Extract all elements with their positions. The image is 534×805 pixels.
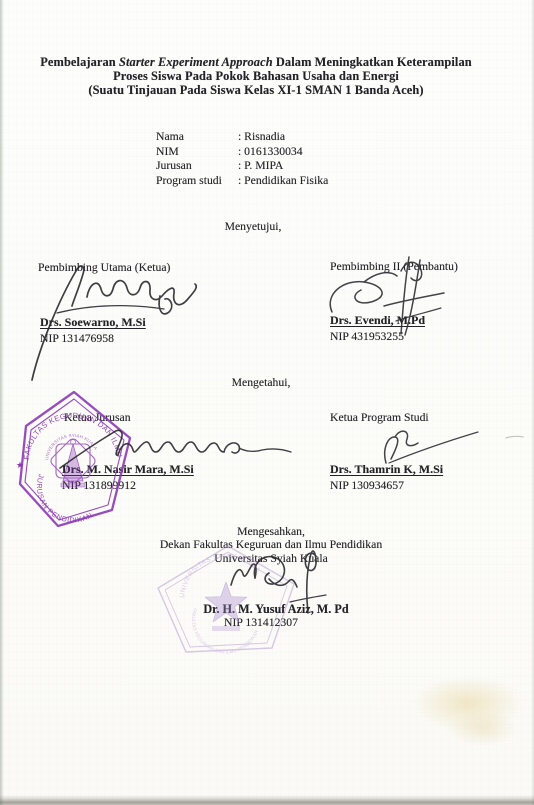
student-info: Nama : Risnadia NIM : 0161330034 Jurusan… [156,130,328,188]
department-stamp: FAKULTAS KEGURUAN DAN ILMU PENDIDIKAN JU… [8,386,142,530]
student-label: NIM [156,145,238,160]
approval-heading: Menyetujui, [0,220,506,233]
title-line-2: Proses Siswa Pada Pokok Bahasan Usaha da… [0,69,512,83]
program-head-nip: NIP 130934657 [330,479,443,492]
signature-thamrin [385,431,478,463]
stamp-star-icon: ★ [16,460,24,470]
scanned-approval-page: Pembelajaran Starter Experiment Approach… [0,0,534,805]
dean-stamp-bottom-text: FAKULTAS KEGURUAN DAN ILMU PENDIDIKAN [191,608,259,655]
title-italic-phrase: Starter Experiment Approach [119,55,273,69]
student-row-program-studi: Program studi : Pendidikan Fisika [156,174,328,189]
supervisor1-block: Drs. Soewarno, M.Si NIP 131476958 [40,315,146,345]
title-line-3: (Suatu Tinjauan Pada Siswa Kelas XI-1 SM… [0,83,512,97]
dean-stamp-emblem [205,582,247,631]
student-row-jurusan: Jurusan : P. MIPA [156,159,328,174]
supervisor1-nip: NIP 131476958 [40,332,146,345]
student-label: Nama [156,130,238,145]
supervisor1-role: Pembimbing Utama (Ketua) [38,261,170,274]
supervisor2-nip: NIP 431953255 [330,330,425,343]
student-row-nama: Nama : Risnadia [156,130,328,145]
title-line-1: Pembelajaran Starter Experiment Approach… [0,55,512,69]
dean-stamp: UNIVERSITAS SYIAH KUALA FAKULTAS KEGURUA… [150,542,302,656]
scan-marks [506,436,523,438]
page-title: Pembelajaran Starter Experiment Approach… [0,55,512,98]
student-label: Jurusan [156,159,238,174]
scan-edge-bottom [0,795,534,805]
student-label: Program studi [156,174,238,189]
student-value: : Pendidikan Fisika [238,174,328,189]
student-value: : P. MIPA [238,159,283,174]
supervisor2-role: Pembimbing II (Pembantu) [330,260,458,273]
program-head-block: Drs. Thamrin K, M.Si NIP 130934657 [330,462,443,492]
student-row-nim: NIM : 0161330034 [156,145,328,160]
title-prefix: Pembelajaran [40,55,119,69]
student-value: : 0161330034 [238,145,303,160]
program-head-name: Drs. Thamrin K, M.Si [330,462,443,477]
supervisor2-block: Drs. Evendi, M.Pd NIP 431953255 [330,313,425,343]
supervisor1-name: Drs. Soewarno, M.Si [40,315,146,330]
program-head-role: Ketua Program Studi [330,411,429,424]
title-suffix: Dalam Meningkatkan Keterampilan [273,55,472,69]
dean-stamp-ring-text: UNIVERSITAS SYIAH KUALA [179,553,262,598]
scan-edge-left [0,0,4,805]
student-value: : Risnadia [238,130,285,145]
paper-stain [448,712,518,746]
supervisor2-name: Drs. Evendi, M.Pd [330,313,425,328]
